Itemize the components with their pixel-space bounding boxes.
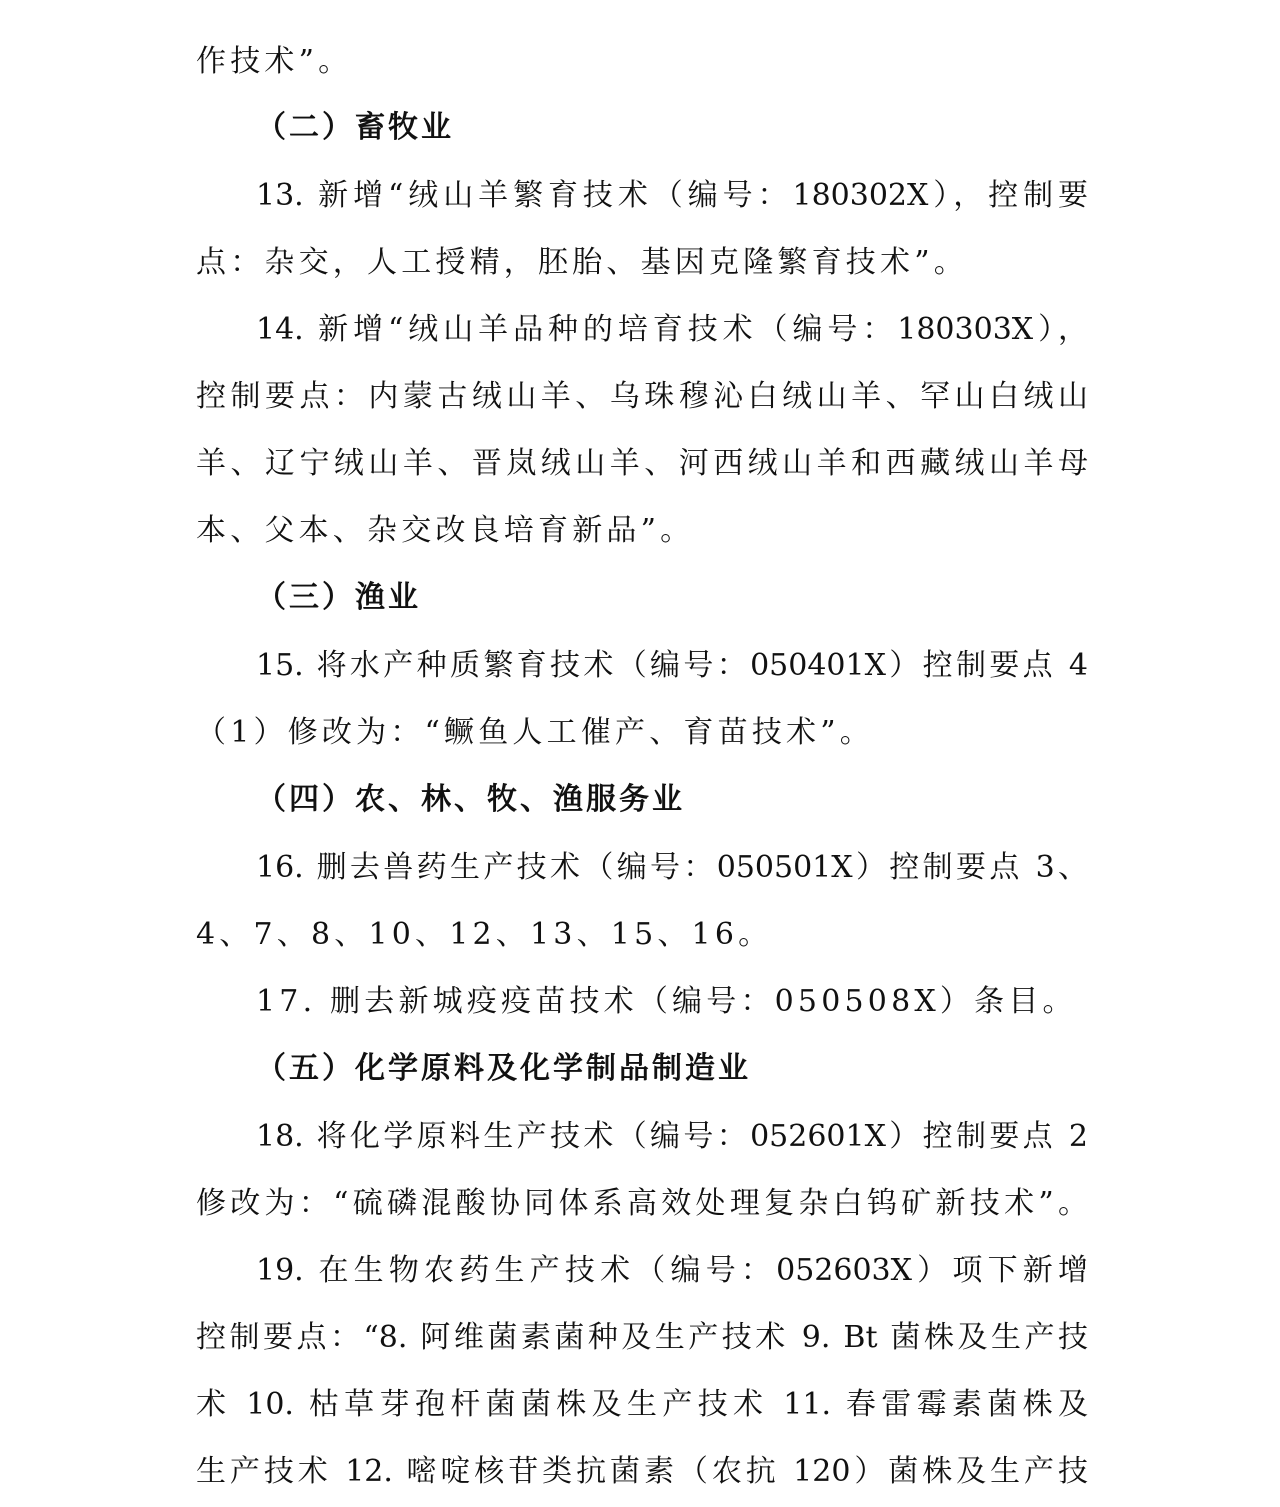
paragraph-line: 18. 将化学原料生产技术（编号：052601X）控制要点 2 (256, 1117, 1088, 1157)
section-heading: （三）渔业 (256, 578, 1088, 618)
paragraph-line: 16. 删去兽药生产技术（编号：050501X）控制要点 3、 (256, 848, 1088, 888)
paragraph-line: 控制要点：“8. 阿维菌素菌种及生产技术 9. Bt 菌株及生产技 (196, 1318, 1088, 1358)
paragraph-line: 15. 将水产种质繁育技术（编号：050401X）控制要点 4 (256, 646, 1088, 686)
paragraph-line: 羊、辽宁绒山羊、晋岚绒山羊、河西绒山羊和西藏绒山羊母 (196, 444, 1088, 484)
section-heading: （五）化学原料及化学制品制造业 (256, 1049, 1088, 1089)
paragraph-line: 4、7、8、10、12、13、15、16。 (196, 915, 1088, 955)
paragraph-line: 19. 在生物农药生产技术（编号：052603X）项下新增 (256, 1251, 1088, 1291)
section-heading: （二）畜牧业 (256, 108, 1088, 148)
document-page: 作技术”。（二）畜牧业13. 新增“绒山羊繁育技术（编号：180302X），控制… (0, 0, 1280, 1507)
paragraph-line: 术 10. 枯草芽孢杆菌菌株及生产技术 11. 春雷霉素菌株及 (196, 1385, 1088, 1425)
paragraph-line: 点：杂交，人工授精，胚胎、基因克隆繁育技术”。 (196, 243, 1088, 283)
paragraph-line: 17. 删去新城疫疫苗技术（编号：050508X）条目。 (256, 982, 1088, 1022)
paragraph-line: 修改为：“硫磷混酸协同体系高效处理复杂白钨矿新技术”。 (196, 1184, 1088, 1224)
paragraph-line: 13. 新增“绒山羊繁育技术（编号：180302X），控制要 (256, 176, 1088, 216)
paragraph-line: 控制要点：内蒙古绒山羊、乌珠穆沁白绒山羊、罕山白绒山 (196, 377, 1088, 417)
paragraph-line: 14. 新增“绒山羊品种的培育技术（编号：180303X）， (256, 310, 1088, 350)
paragraph-line: （1）修改为：“鳜鱼人工催产、育苗技术”。 (196, 713, 1088, 753)
section-heading: （四）农、林、牧、渔服务业 (256, 780, 1088, 820)
paragraph-line: 本、父本、杂交改良培育新品”。 (196, 511, 1088, 551)
paragraph-line: 作技术”。 (196, 42, 1088, 82)
paragraph-line: 生产技术 12. 嘧啶核苷类抗菌素（农抗 120）菌株及生产技 (196, 1452, 1088, 1492)
